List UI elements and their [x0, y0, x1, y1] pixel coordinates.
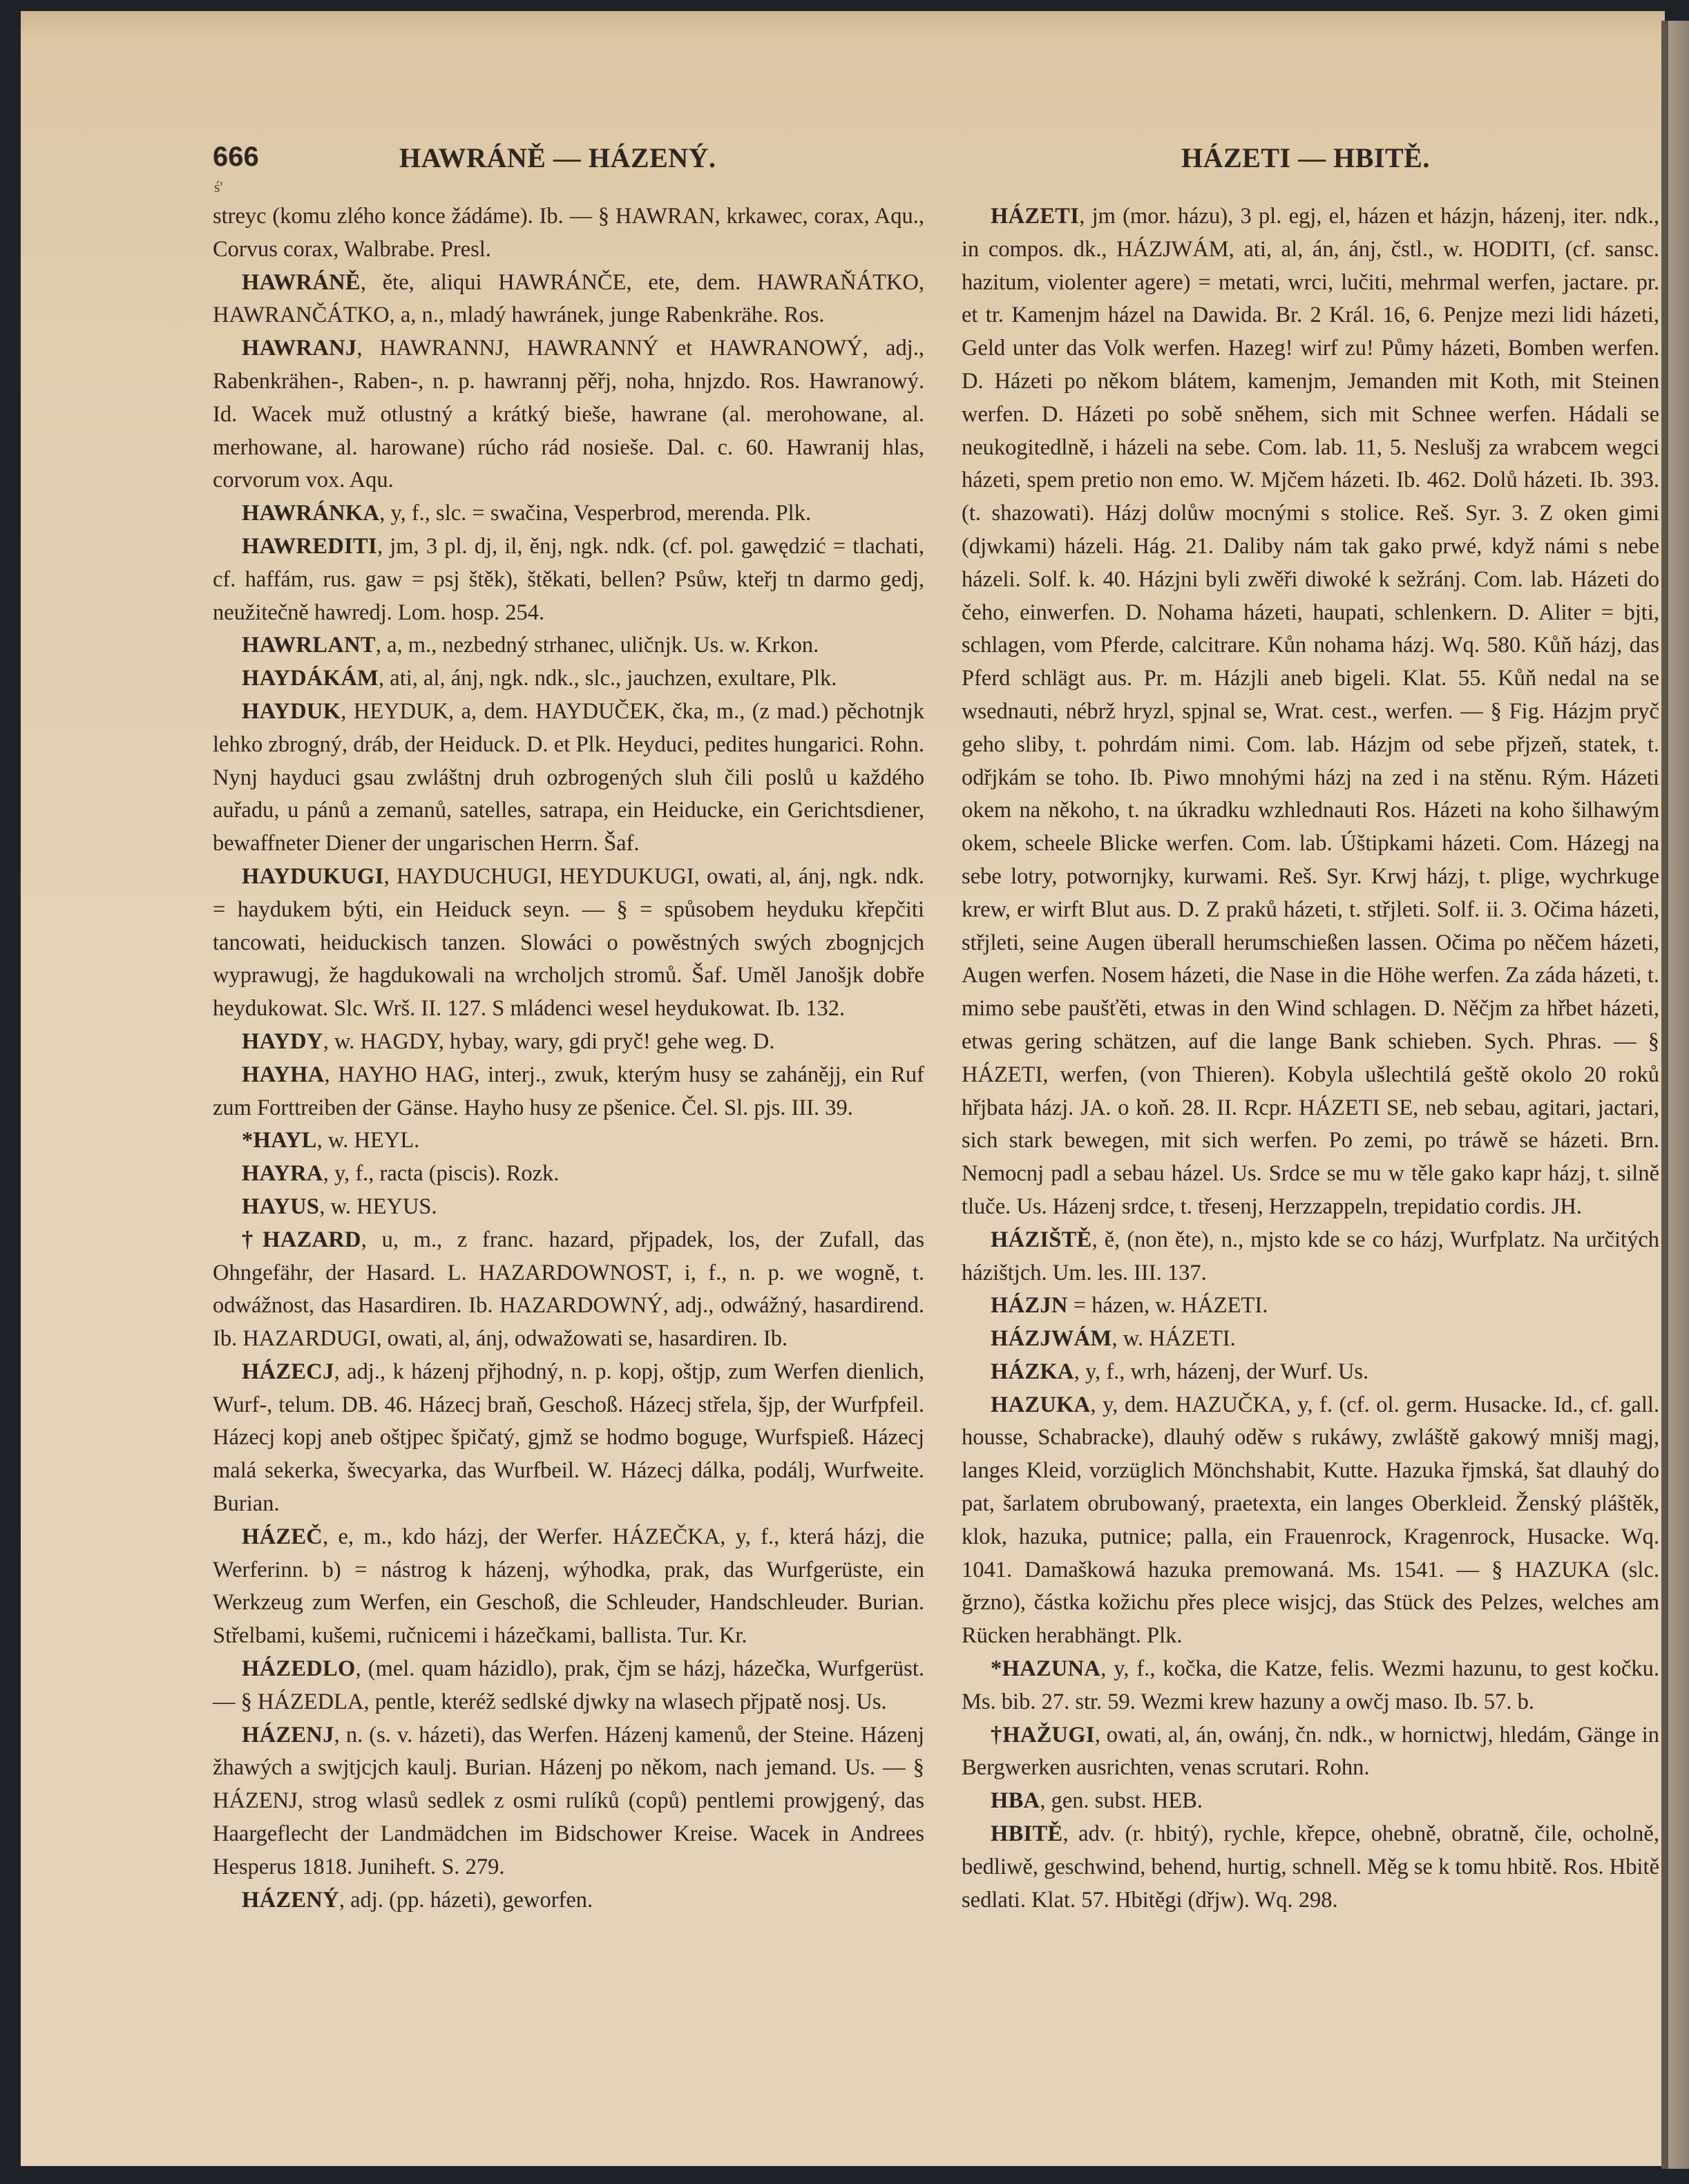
entry-headword: HBITĚ — [991, 1821, 1062, 1846]
dictionary-entry: HAYHA, HAYHO HAG, interj., zwuk, kterým … — [213, 1059, 924, 1125]
entry-headword: HAWRÁNĚ — [242, 270, 361, 295]
dictionary-entry: †HAŽUGI, owati, al, án, owánj, čn. ndk.,… — [962, 1719, 1659, 1785]
dictionary-entry: HBITĚ, adv. (r. hbitý), rychle, křepce, … — [962, 1818, 1659, 1917]
entry-headword: HÁZENÝ — [242, 1888, 339, 1913]
entry-headword: HAWREDITI — [242, 534, 377, 559]
entry-headword: HAYUS — [242, 1194, 319, 1219]
dictionary-entry: HÁZETI, jm (mor. házu), 3 pl. egj, el, h… — [962, 200, 1659, 1224]
entry-headword: HAYDY — [242, 1029, 323, 1054]
entry-headword: HAYRA — [242, 1161, 323, 1186]
dictionary-entry: *HAZUNA, y, f., kočka, die Katze, felis.… — [962, 1653, 1659, 1719]
right-column: HÁZETI, jm (mor. házu), 3 pl. egj, el, h… — [962, 200, 1659, 1917]
dictionary-entry: HAWRÁNĚ, ěte, aliqui HAWRÁNČE, ete, dem.… — [213, 267, 924, 333]
left-column: streyc (komu zlého konce žádáme). Ib. — … — [213, 200, 924, 1917]
entry-body: = házen, w. HÁZETI. — [1068, 1293, 1268, 1318]
entry-body: streyc (komu zlého konce žádáme). Ib. — … — [213, 204, 924, 262]
dictionary-entry: HÁZJWÁM, w. HÁZETI. — [962, 1323, 1659, 1356]
entry-headword: *HAYL — [242, 1128, 317, 1153]
entry-headword: HAWRLANT — [242, 633, 376, 658]
entry-headword: HAYDÁKÁM — [242, 666, 379, 691]
entry-headword: HAWRÁNKA — [242, 501, 379, 526]
entry-headword: HÁZENJ — [242, 1723, 334, 1747]
entry-headword: HÁZECJ — [242, 1359, 334, 1384]
dictionary-entry: *HAYL, w. HEYL. — [213, 1124, 924, 1158]
entry-headword: HÁZEDLO — [242, 1656, 356, 1681]
entry-headword: HÁZEČ — [242, 1524, 323, 1549]
entry-headword: HÁZKA — [991, 1359, 1074, 1384]
book-gutter-edge — [1661, 21, 1668, 2169]
dictionary-entry: HAWRANJ, HAWRANNJ, HAWRANNÝ et HAWRANOWÝ… — [213, 332, 924, 497]
entry-headword: HBA — [991, 1788, 1040, 1813]
dictionary-entry: HAYDY, w. HAGDY, hybay, wary, gdi pryč! … — [213, 1026, 924, 1059]
entry-body: , adj. (pp. házeti), geworfen. — [339, 1888, 593, 1913]
entry-headword: †HAŽUGI — [991, 1723, 1095, 1747]
running-title-left: HAWRÁNĚ — HÁZENÝ. — [399, 142, 716, 174]
dictionary-entry: streyc (komu zlého konce žádáme). Ib. — … — [213, 200, 924, 267]
entry-body: , y, dem. HAZUČKA, y, f. (cf. ol. germ. … — [962, 1392, 1659, 1649]
entry-body: , gen. subst. HEB. — [1040, 1788, 1203, 1813]
page-number: 666 — [213, 142, 259, 173]
dictionary-entry: HÁZIŠTĚ, ě, (non ěte), n., mjsto kde se … — [962, 1224, 1659, 1290]
entry-body: , y, f., racta (piscis). Rozk. — [323, 1161, 560, 1186]
dictionary-entry: HAYDÁKÁM, ati, al, ánj, ngk. ndk., slc.,… — [213, 662, 924, 696]
entry-body: , jm (mor. házu), 3 pl. egj, el, házen e… — [962, 204, 1659, 1219]
entry-body: , y, f., wrh, házenj, der Wurf. Us. — [1074, 1359, 1368, 1384]
entry-headword: HÁZETI — [991, 204, 1079, 229]
dictionary-entry: HÁZJN = házen, w. HÁZETI. — [962, 1290, 1659, 1323]
dictionary-entry: HAYRA, y, f., racta (piscis). Rozk. — [213, 1158, 924, 1191]
dictionary-entry: HAZUKA, y, dem. HAZUČKA, y, f. (cf. ol. … — [962, 1389, 1659, 1653]
dictionary-entry: HAWREDITI, jm, 3 pl. dj, il, ěnj, ngk. n… — [213, 530, 924, 629]
entry-headword: HAYDUKUGI — [242, 864, 384, 889]
dictionary-entry: HAYDUKUGI, HAYDUCHUGI, HEYDUKUGI, owati,… — [213, 861, 924, 1026]
entry-body: , adv. (r. hbitý), rychle, křepce, ohebn… — [962, 1821, 1659, 1913]
dictionary-entry: HÁZENJ, n. (s. v. házeti), das Werfen. H… — [213, 1719, 924, 1884]
dictionary-entry: HBA, gen. subst. HEB. — [962, 1785, 1659, 1818]
entry-headword: HAZUKA — [991, 1392, 1090, 1417]
entry-body: , y, f., slc. = swačina, Vesperbrod, mer… — [379, 501, 811, 526]
entry-headword: HÁZJWÁM — [991, 1326, 1111, 1351]
stray-print-mark: ś' — [214, 178, 223, 196]
dictionary-entry: HAWRLANT, a, m., nezbedný strhanec, ulič… — [213, 629, 924, 662]
entry-headword: HÁZIŠTĚ — [991, 1227, 1092, 1252]
entry-body: , w. HEYUS. — [319, 1194, 437, 1219]
dictionary-entry: HÁZENÝ, adj. (pp. házeti), geworfen. — [213, 1884, 924, 1917]
dictionary-entry: HAYUS, w. HEYUS. — [213, 1191, 924, 1224]
entry-headword: *HAZUNA — [991, 1656, 1100, 1681]
dictionary-entry: †HAZARD, u, m., z franc. hazard, přjpade… — [213, 1224, 924, 1356]
entry-headword: HAWRANJ — [242, 336, 356, 361]
adjacent-page-edge — [1668, 21, 1689, 2169]
dictionary-entry: HÁZEČ, e, m., kdo házj, der Werfer. HÁZE… — [213, 1521, 924, 1653]
dictionary-entry: HÁZECJ, adj., k házenj přjhodný, n. p. k… — [213, 1356, 924, 1521]
entry-headword: HAYDUK — [242, 699, 341, 724]
dictionary-entry: HÁZEDLO, (mel. quam házidlo), prak, čjm … — [213, 1653, 924, 1719]
entry-headword: †HAZARD — [242, 1227, 361, 1252]
dictionary-entry: HÁZKA, y, f., wrh, házenj, der Wurf. Us. — [962, 1356, 1659, 1389]
entry-body: , a, m., nezbedný strhanec, uličnjk. Us.… — [376, 633, 819, 658]
entry-body: , w. HEYL. — [317, 1128, 420, 1153]
entry-headword: HAYHA — [242, 1062, 325, 1087]
entry-body: , ati, al, ánj, ngk. ndk., slc., jauchze… — [379, 666, 837, 691]
entry-headword: HÁZJN — [991, 1293, 1068, 1318]
entry-body: , w. HÁZETI. — [1111, 1326, 1235, 1351]
dictionary-entry: HAWRÁNKA, y, f., slc. = swačina, Vesperb… — [213, 497, 924, 530]
running-title-right: HÁZETI — HBITĚ. — [1181, 142, 1430, 174]
dictionary-entry: HAYDUK, HEYDUK, a, dem. HAYDUČEK, čka, m… — [213, 696, 924, 861]
entry-body: , w. HAGDY, hybay, wary, gdi pryč! gehe … — [323, 1029, 775, 1054]
